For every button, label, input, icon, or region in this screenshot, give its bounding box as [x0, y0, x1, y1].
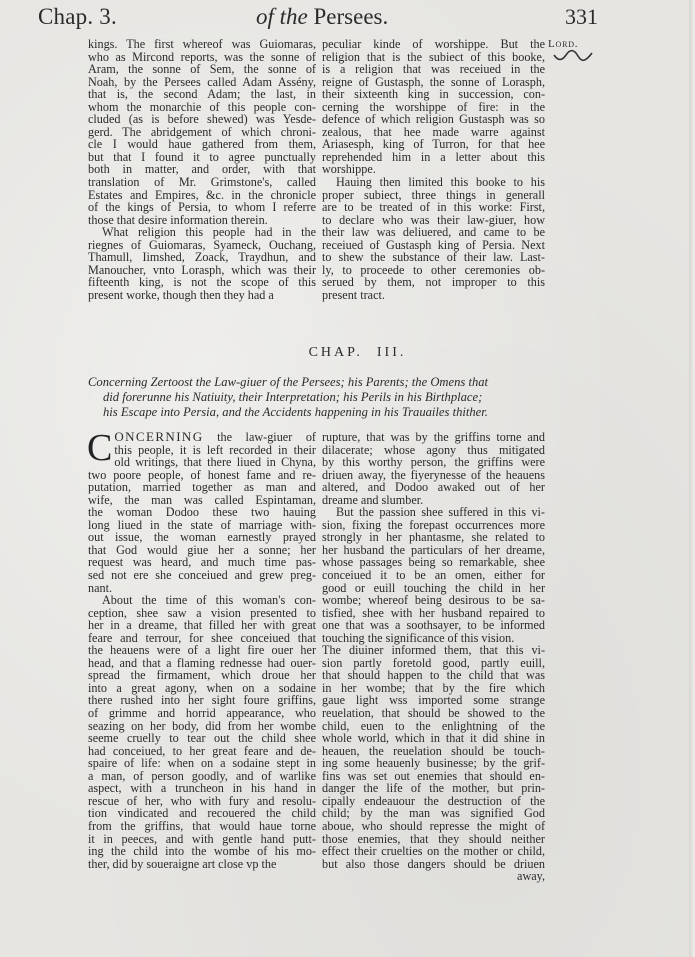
opening-caps: ONCERNING [114, 429, 203, 444]
text-line: aboue, who should represse the might of [322, 820, 545, 833]
text-line: aspect, with a truncheon in his hand in [88, 782, 316, 795]
text-line: but also those dangers should be driuen [322, 858, 545, 871]
text-line: ONCERNING the law-giuer of [88, 431, 316, 444]
page-number: 331 [565, 4, 598, 30]
page-edge [689, 0, 695, 957]
text-line: danger the life of the mother, but prin- [322, 782, 545, 795]
summary-line: did forerunne his Natiuity, their Interp… [88, 390, 546, 405]
bottom-left-column: CONCERNING the law-giuer ofthis people, … [88, 431, 316, 870]
summary-line: his Escape into Persia, and the Accident… [88, 405, 546, 420]
text-line: spaire of life: when on a sodaine stept … [88, 757, 316, 770]
chapter-heading: CHAP.III. [0, 345, 695, 361]
text-line: But the passion shee suffered in this vi… [322, 506, 545, 519]
chapter-summary: Concerning Zertoost the Law-giuer of the… [88, 375, 546, 420]
text-line: are to be treated of in this worke: Firs… [322, 201, 545, 214]
text-line: The diuiner informed them, that this vi- [322, 644, 545, 657]
text-line: effect their cruelties on the mother or … [322, 845, 545, 858]
text-line: peculiar kinde of worshippe. But the [322, 38, 545, 51]
chapter-heading-label: CHAP. [309, 345, 363, 360]
text-line: present tract. [322, 289, 545, 302]
text-line: that is, the second Adam; the last, in [88, 88, 316, 101]
text-line: their law was deliuered, and came to be [322, 226, 545, 239]
text-line: one that was a soothsayer, to be informe… [322, 619, 545, 632]
drop-cap: C [87, 433, 112, 463]
running-head-chapter: Chap. 3. [38, 4, 117, 30]
text-line: reuelation, that should be showed to the [322, 707, 545, 720]
text-line: away, [322, 870, 545, 883]
text-line: rupture, that was by the griffins torne … [322, 431, 545, 444]
wavy-line-icon [552, 49, 594, 63]
text-line: Thamull, Iimshed, Zoack, Traydhun, and [88, 251, 316, 264]
text-line: present worke, though then they had a [88, 289, 316, 302]
text-line: from the griffins, that would haue torne [88, 820, 316, 833]
text-line: her in a dreame, that filled her with gr… [88, 619, 316, 632]
text-line: wombe; whereof being desirous to be sa- [322, 594, 545, 607]
text-line: of grimme and horrid appearance, who [88, 707, 316, 720]
text-line: by this worthy person, the griffins were [322, 456, 545, 469]
text-line: defence of which religion Gustasph was s… [322, 113, 545, 126]
text-line: ing the child into the wombe of his mo- [88, 845, 316, 858]
text-line: to shew the substance of their law. Last… [322, 251, 545, 264]
text-line: translation of Mr. Grimstone's, called [88, 176, 316, 189]
text-line: ther, did by soueraigne art close vp the [88, 858, 316, 871]
bottom-right-column: rupture, that was by the griffins torne … [322, 431, 545, 883]
text-line: old writings, that there liued in Chyna, [88, 456, 316, 469]
running-head-title-roman: Persees. [314, 4, 389, 29]
text-line: About the time of this woman's con- [88, 594, 316, 607]
top-right-column: peculiar kinde of worshippe. But thereli… [322, 38, 545, 301]
text-line: ing some heauenly businesse; by the grif… [322, 757, 545, 770]
text-line: the heauens were of a light fire ouer he… [88, 644, 316, 657]
text-line: altered, and Dodoo awaked out of her [322, 481, 545, 494]
running-head: Chap. 3. of the Persees. 331 [38, 4, 598, 34]
text-line: sed not ere she conceiued and grew preg- [88, 569, 316, 582]
text-line: seeme cruelly to tear out the child shee [88, 732, 316, 745]
top-left-column: kings. The first whereof was Guiomaras,w… [88, 38, 316, 301]
running-head-title-italic: of the [256, 4, 308, 29]
text-line: their sixteenth king in succession, con- [322, 88, 545, 101]
summary-line: Concerning Zertoost the Law-giuer of the… [88, 375, 546, 390]
running-head-title: of the Persees. [256, 4, 388, 30]
text-line: putation, married together as man and [88, 481, 316, 494]
text-line: is a religion that was receiued in the [322, 63, 545, 76]
text-line: of the kings of Persia, to whom I referr… [88, 201, 316, 214]
text-line: conceiued it to be an omen, either for [322, 569, 545, 582]
chapter-number: III. [377, 345, 407, 360]
text-line: kings. The first whereof was Guiomaras, [88, 38, 316, 51]
text-line: whole world, which in that it did shine … [322, 732, 545, 745]
text-line: What religion this people had in the [88, 226, 316, 239]
text-line: the woman Dodoo these two hauing [88, 506, 316, 519]
text-fragment: the law-giuer of [204, 430, 316, 444]
text-line: cluded (as is before shewed) was Yesde- [88, 113, 316, 126]
text-line: Aram, the sonne of Sem, the sonne of [88, 63, 316, 76]
text-line: Hauing then limited this booke to his [322, 176, 545, 189]
